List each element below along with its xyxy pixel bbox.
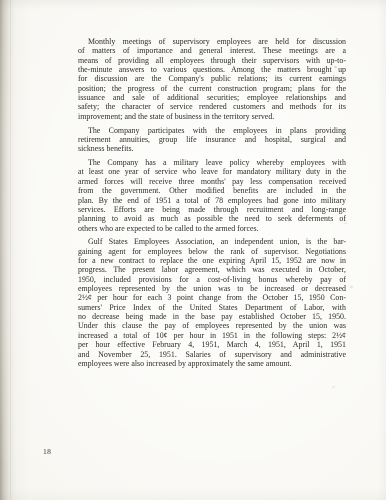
text-line: issuance and sale of additional securiti… xyxy=(78,93,346,102)
paragraph: The Company has a military leave policy … xyxy=(78,158,346,233)
text-line: at least one year of service who leave f… xyxy=(78,167,346,176)
body-text: Monthly meetings of supervisory employee… xyxy=(78,37,346,373)
paragraph: The Company participates with the employ… xyxy=(78,126,346,154)
gutter-fold-line xyxy=(10,0,11,500)
paragraph: Gulf States Employees Association, an in… xyxy=(78,237,346,368)
text-line: from the government. Other modified bene… xyxy=(78,186,346,195)
text-line: increased a total of 10¢ per hour in 195… xyxy=(78,331,346,340)
text-line: The Company has a military leave policy … xyxy=(78,158,346,167)
text-line: safety; the character of service rendere… xyxy=(78,102,346,111)
scan-artifacts xyxy=(334,66,337,68)
text-line: for a new contract to replace the one ex… xyxy=(78,256,346,265)
text-line: plan. By the end of 1951 a total of 78 e… xyxy=(78,196,346,205)
text-line: means of providing all employees through… xyxy=(78,56,346,65)
text-line: for discussion are the Company's public … xyxy=(78,74,346,83)
text-line: gaining agent for employees below the ra… xyxy=(78,247,346,256)
text-line: Monthly meetings of supervisory employee… xyxy=(78,37,346,46)
text-line: planning to avoid as much as possible th… xyxy=(78,214,346,223)
text-line: employees represented by the union was t… xyxy=(78,284,346,293)
text-line: 1950, included provisions for a cost-of-… xyxy=(78,275,346,284)
text-line: others who are expected to be called to … xyxy=(78,224,346,233)
text-line: retirement annuities, group life insuran… xyxy=(78,135,346,144)
text-line: the-minute answers to various questions.… xyxy=(78,65,346,74)
page-number: 18 xyxy=(43,447,51,456)
text-line: employees were also increased by approxi… xyxy=(78,359,346,368)
text-line: armed forces will receive three months' … xyxy=(78,177,346,186)
text-line: Gulf States Employees Association, an in… xyxy=(78,237,346,246)
text-line: sumers' Price Index of the United States… xyxy=(78,303,346,312)
text-line: 2½¢ per hour for each 3 point change fro… xyxy=(78,293,346,302)
text-line: services. Efforts are being made through… xyxy=(78,205,346,214)
text-line: progress. The present labor agreement, w… xyxy=(78,265,346,274)
scanned-page: Monthly meetings of supervisory employee… xyxy=(0,0,386,500)
text-line: sickness benefits. xyxy=(78,144,346,153)
text-line: and November 25, 1951. Salaries of super… xyxy=(78,350,346,359)
text-line: improvement; and the state of business i… xyxy=(78,112,346,121)
text-line: position; the progress of the current co… xyxy=(78,84,346,93)
paragraph: Monthly meetings of supervisory employee… xyxy=(78,37,346,121)
text-line: The Company participates with the employ… xyxy=(78,126,346,135)
text-line: of matters of importance and general int… xyxy=(78,46,346,55)
text-line: no decrease being made in the base pay e… xyxy=(78,312,346,321)
text-line: Under this clause the pay of employees r… xyxy=(78,321,346,330)
text-line: per hour effective February 4, 1951, Mar… xyxy=(78,340,346,349)
